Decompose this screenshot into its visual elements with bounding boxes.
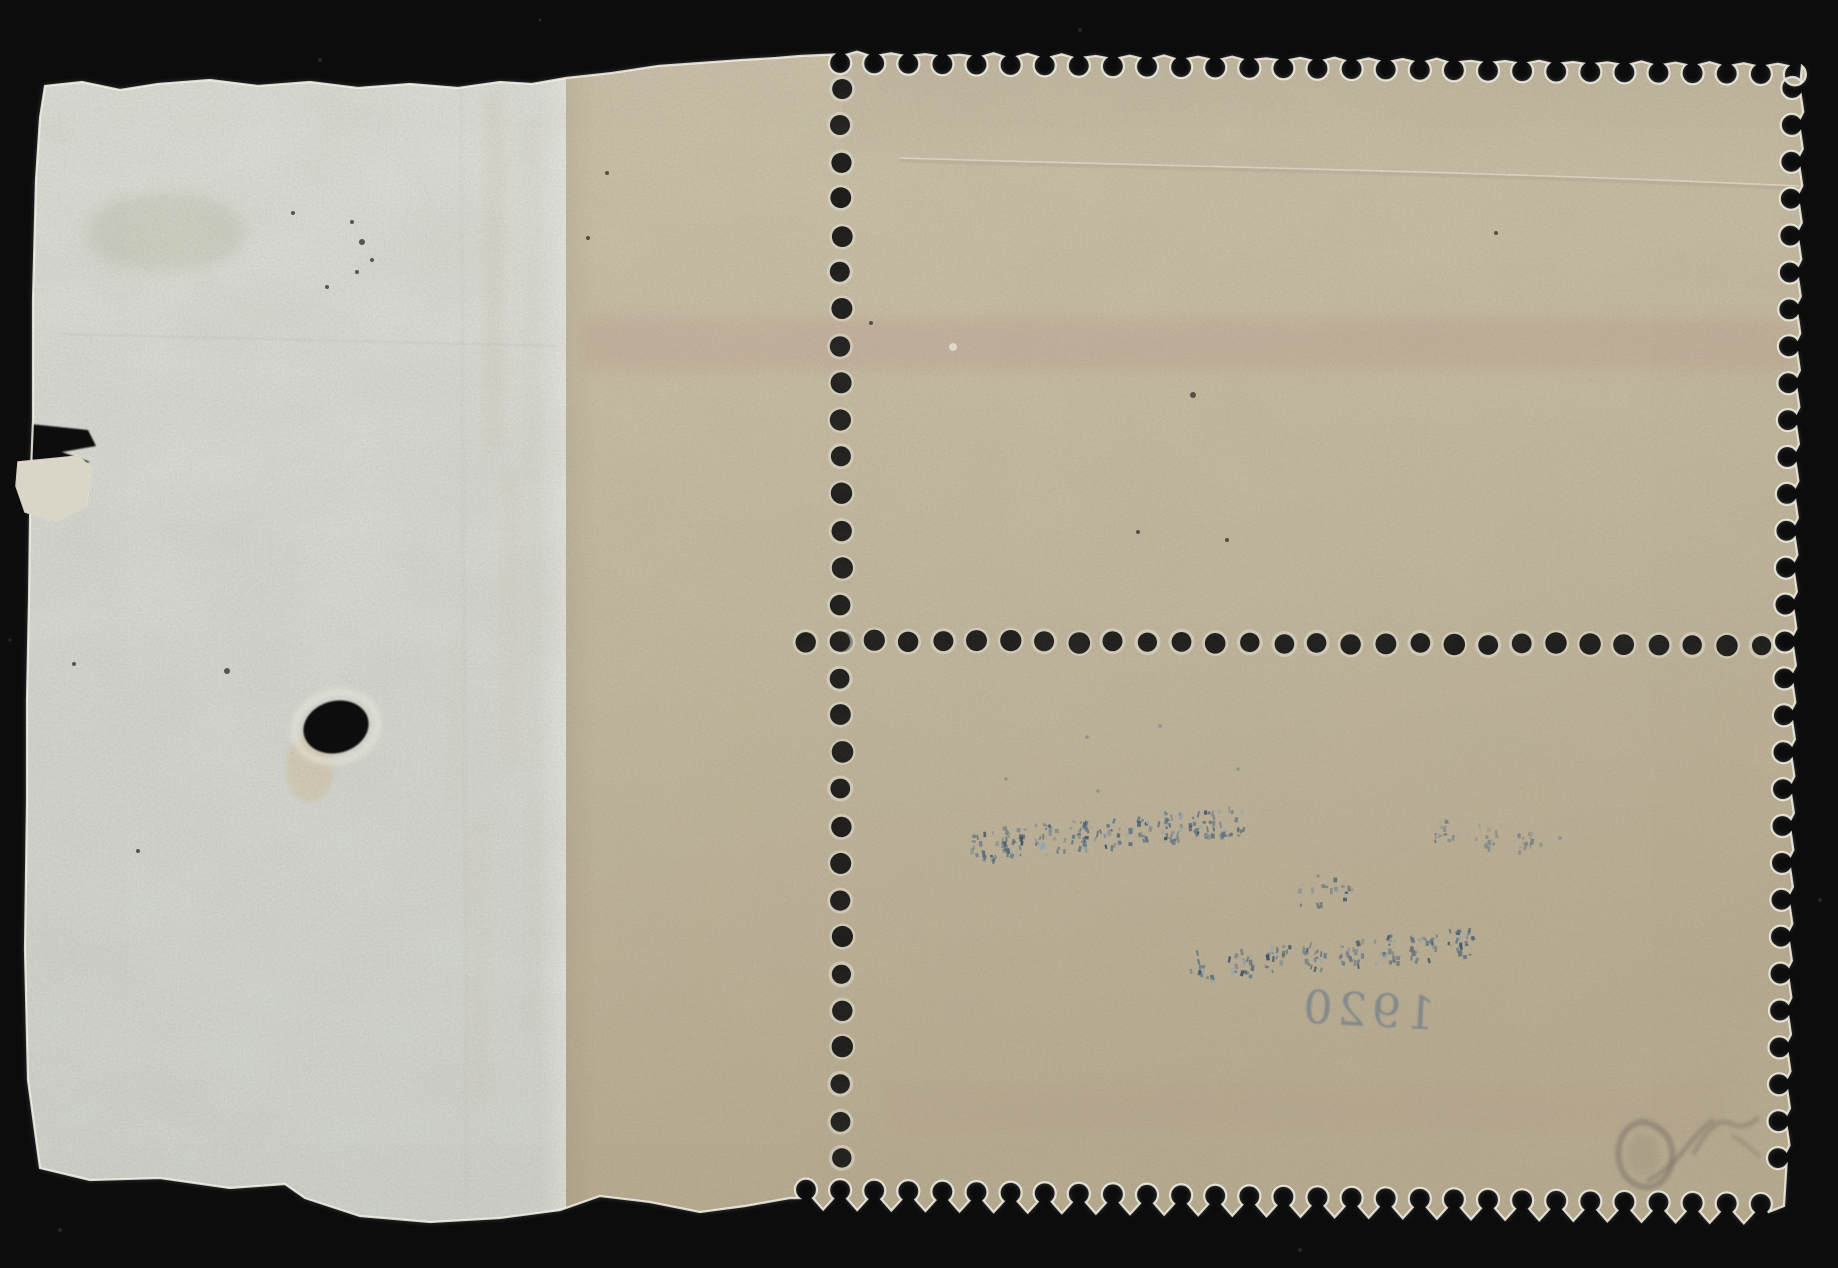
handstamp-ink-dot [1448,942,1450,945]
handstamp-ink-dot [1495,831,1498,836]
handstamp-ink-dot [1227,834,1231,837]
handstamp-ink-dot [1330,888,1333,894]
handstamp-ink-dot [1045,835,1047,837]
handstamp-ink-dot [1411,950,1416,957]
handstamp-ink-dot [1470,946,1473,949]
handstamp-ink-dot [983,832,986,837]
handstamp-year-group: 1920 [1297,979,1437,1040]
handstamp-ink-dot [1459,942,1463,947]
handstamp-ink-dot [1197,831,1200,834]
handstamp-ink-dot [1464,955,1468,958]
paper-piece [0,0,1838,1268]
handstamp-ink-dot [1396,956,1400,960]
handstamp-ink-dot [1218,810,1221,814]
handstamp-ink-dot [1315,956,1318,959]
handstamp-ink-dot [1523,842,1526,845]
handstamp-ink-dot [1118,840,1122,844]
signature-smudge [1627,1135,1659,1175]
handstamp-ink-dot [1138,834,1140,836]
handstamp-ink-dot [1396,961,1399,966]
handstamp-ink-dot [1128,842,1133,846]
handstamp-ink-dot [1436,934,1438,937]
dust-speck [1298,1248,1302,1252]
handstamp-ink-dot [1045,828,1047,830]
handstamp-ink-dot [1519,846,1522,848]
handstamp-ink-dot [1128,828,1133,834]
handstamp-ink-dot [1345,892,1348,894]
handstamp-year-text: 1920 [1297,979,1437,1040]
handstamp-ink-dot [1237,829,1241,833]
handstamp-ink-dot [1421,938,1423,944]
handstamp-ink-dot [1445,821,1449,824]
stamp-photo-scene: 1920 [0,0,1838,1268]
handstamp-ink-dot [1297,888,1302,894]
handstamp-stray-dot [1158,724,1162,728]
handstamp-ink-dot [1319,902,1322,908]
handstamp-ink-dot [1016,828,1020,833]
handstamp-ink-dot [1117,833,1121,838]
handstamp-ink-dot [1410,956,1412,961]
handstamp-ink-dot [1389,934,1392,937]
handstamp-ink-dot [1048,824,1051,827]
handstamp-ink-dot [1485,835,1488,839]
handstamp-ink-dot [990,855,993,857]
handstamp-ink-dot [1383,954,1387,960]
handstamp-ink-dot [1207,812,1210,815]
handstamp-ink-dot [1343,898,1347,902]
handstamp-ink-dot [1447,838,1451,842]
handstamp-stray-dot [1236,767,1240,771]
handstamp-ink-dot [1286,949,1288,954]
handstamp-ink-dot [1484,823,1487,827]
handstamp-ink-dot [1382,952,1386,955]
handstamp-ink-dot [1204,810,1207,814]
handstamp-ink-dot [1272,952,1274,954]
handstamp-ink-dot [1288,945,1291,949]
dust-speck [1078,28,1082,32]
handstamp-ink-dot [1487,828,1491,833]
handstamp-stray-dot [1085,735,1089,739]
handstamp-ink-dot [1487,840,1491,846]
handstamp-ink-dot [1492,843,1495,846]
handstamp-ink-dot [979,841,983,847]
handstamp-stray-dot [1558,836,1562,840]
handstamp-stray-dot [1004,777,1008,781]
handstamp-ink-dot [1243,970,1247,974]
dust-speck [58,1228,62,1232]
handstamp-ink-dot [1333,878,1337,883]
handstamp-ink-dot [1334,887,1337,892]
handstamp-ink-dot [1341,945,1345,948]
handstamp-ink-dot [1063,849,1066,854]
handstamp-ink-dot [1432,944,1436,949]
dust-speck [318,58,322,62]
handstamp-ink-dot [1006,852,1009,857]
dust-speck [1818,898,1822,902]
handstamp-ink-dot [995,841,999,846]
handstamp-ink-dot [1348,948,1351,952]
handstamp-ink-dot [1280,960,1283,966]
stamp-photo: 1920 [0,0,1838,1268]
handstamp-ink-dot [1347,886,1350,892]
handstamp-ink-dot [1141,819,1144,821]
dust-speck [539,19,542,22]
handstamp-ink-dot [1228,807,1230,813]
handstamp-ink-dot [1354,949,1358,955]
handstamp-ink-dot [1072,835,1076,839]
handstamp-ink-dot [1164,837,1167,841]
handstamp-ink-dot [1240,810,1243,815]
handstamp-ink-dot [1107,830,1112,836]
handstamp-ink-dot [1137,821,1141,827]
handstamp-ink-dot [1165,826,1168,829]
handstamp-ink-dot [1211,832,1215,836]
handstamp-ink-dot [1192,817,1194,820]
handstamp-ink-dot [1323,953,1327,959]
handstamp-ink-dot [1249,955,1252,958]
handstamp-ink-dot [1007,835,1009,837]
handstamp-ink-dot [1324,885,1328,888]
dust-speck [9,639,12,642]
handstamp-ink-dot [1042,834,1044,839]
handstamp-ink-dot [1199,965,1202,969]
handstamp-ink-dot [1375,961,1379,965]
handstamp-ink-dot [1389,960,1393,965]
handstamp-ink-dot [1311,887,1314,893]
handstamp-ink-dot [1450,944,1452,946]
handstamp-stray-dot [1316,874,1320,878]
handstamp-ink-dot [1282,951,1285,957]
handstamp-ink-dot [1212,974,1214,979]
handstamp-ink-dot [1206,976,1209,979]
handstamp-ink-dot [1189,825,1192,831]
handstamp-ink-dot [1361,953,1365,959]
paper-grain-texture [0,0,1838,1268]
handstamp-ink-dot [1452,835,1455,841]
handstamp-ink-dot [972,834,976,838]
handstamp-ink-dot [1343,961,1346,965]
handstamp-ink-dot [1458,936,1462,941]
handstamp-ink-dot [1320,959,1322,963]
handstamp-ink-dot [1045,853,1049,857]
handstamp-ink-dot [1237,834,1241,837]
handstamp-ink-dot [1083,843,1087,846]
handstamp-ink-dot [1249,959,1253,965]
handstamp-ink-dot [1055,829,1059,833]
handstamp-ink-dot [1212,821,1215,827]
paper-clipped-layers [0,0,1838,1268]
handstamp-ink-dot [1080,828,1082,831]
handstamp-ink-dot [1425,941,1429,947]
handstamp-ink-dot [1057,850,1059,854]
handstamp-ink-dot [1272,956,1275,962]
handstamp-ink-dot [1165,817,1169,821]
handstamp-ink-dot [1393,939,1396,942]
handstamp-ink-dot [1438,821,1443,826]
handstamp-ink-dot [1457,930,1461,934]
handstamp-ink-dot [1431,937,1434,940]
handstamp-ink-dot [1488,846,1491,852]
handstamp-ink-dot [1468,954,1471,956]
handstamp-stray-dot [1096,789,1100,793]
handstamp-ink-dot [1304,948,1308,952]
handstamp-ink-dot [1392,956,1396,963]
handstamp-ink-dot [1179,827,1182,832]
handstamp-ink-dot [1193,822,1196,826]
